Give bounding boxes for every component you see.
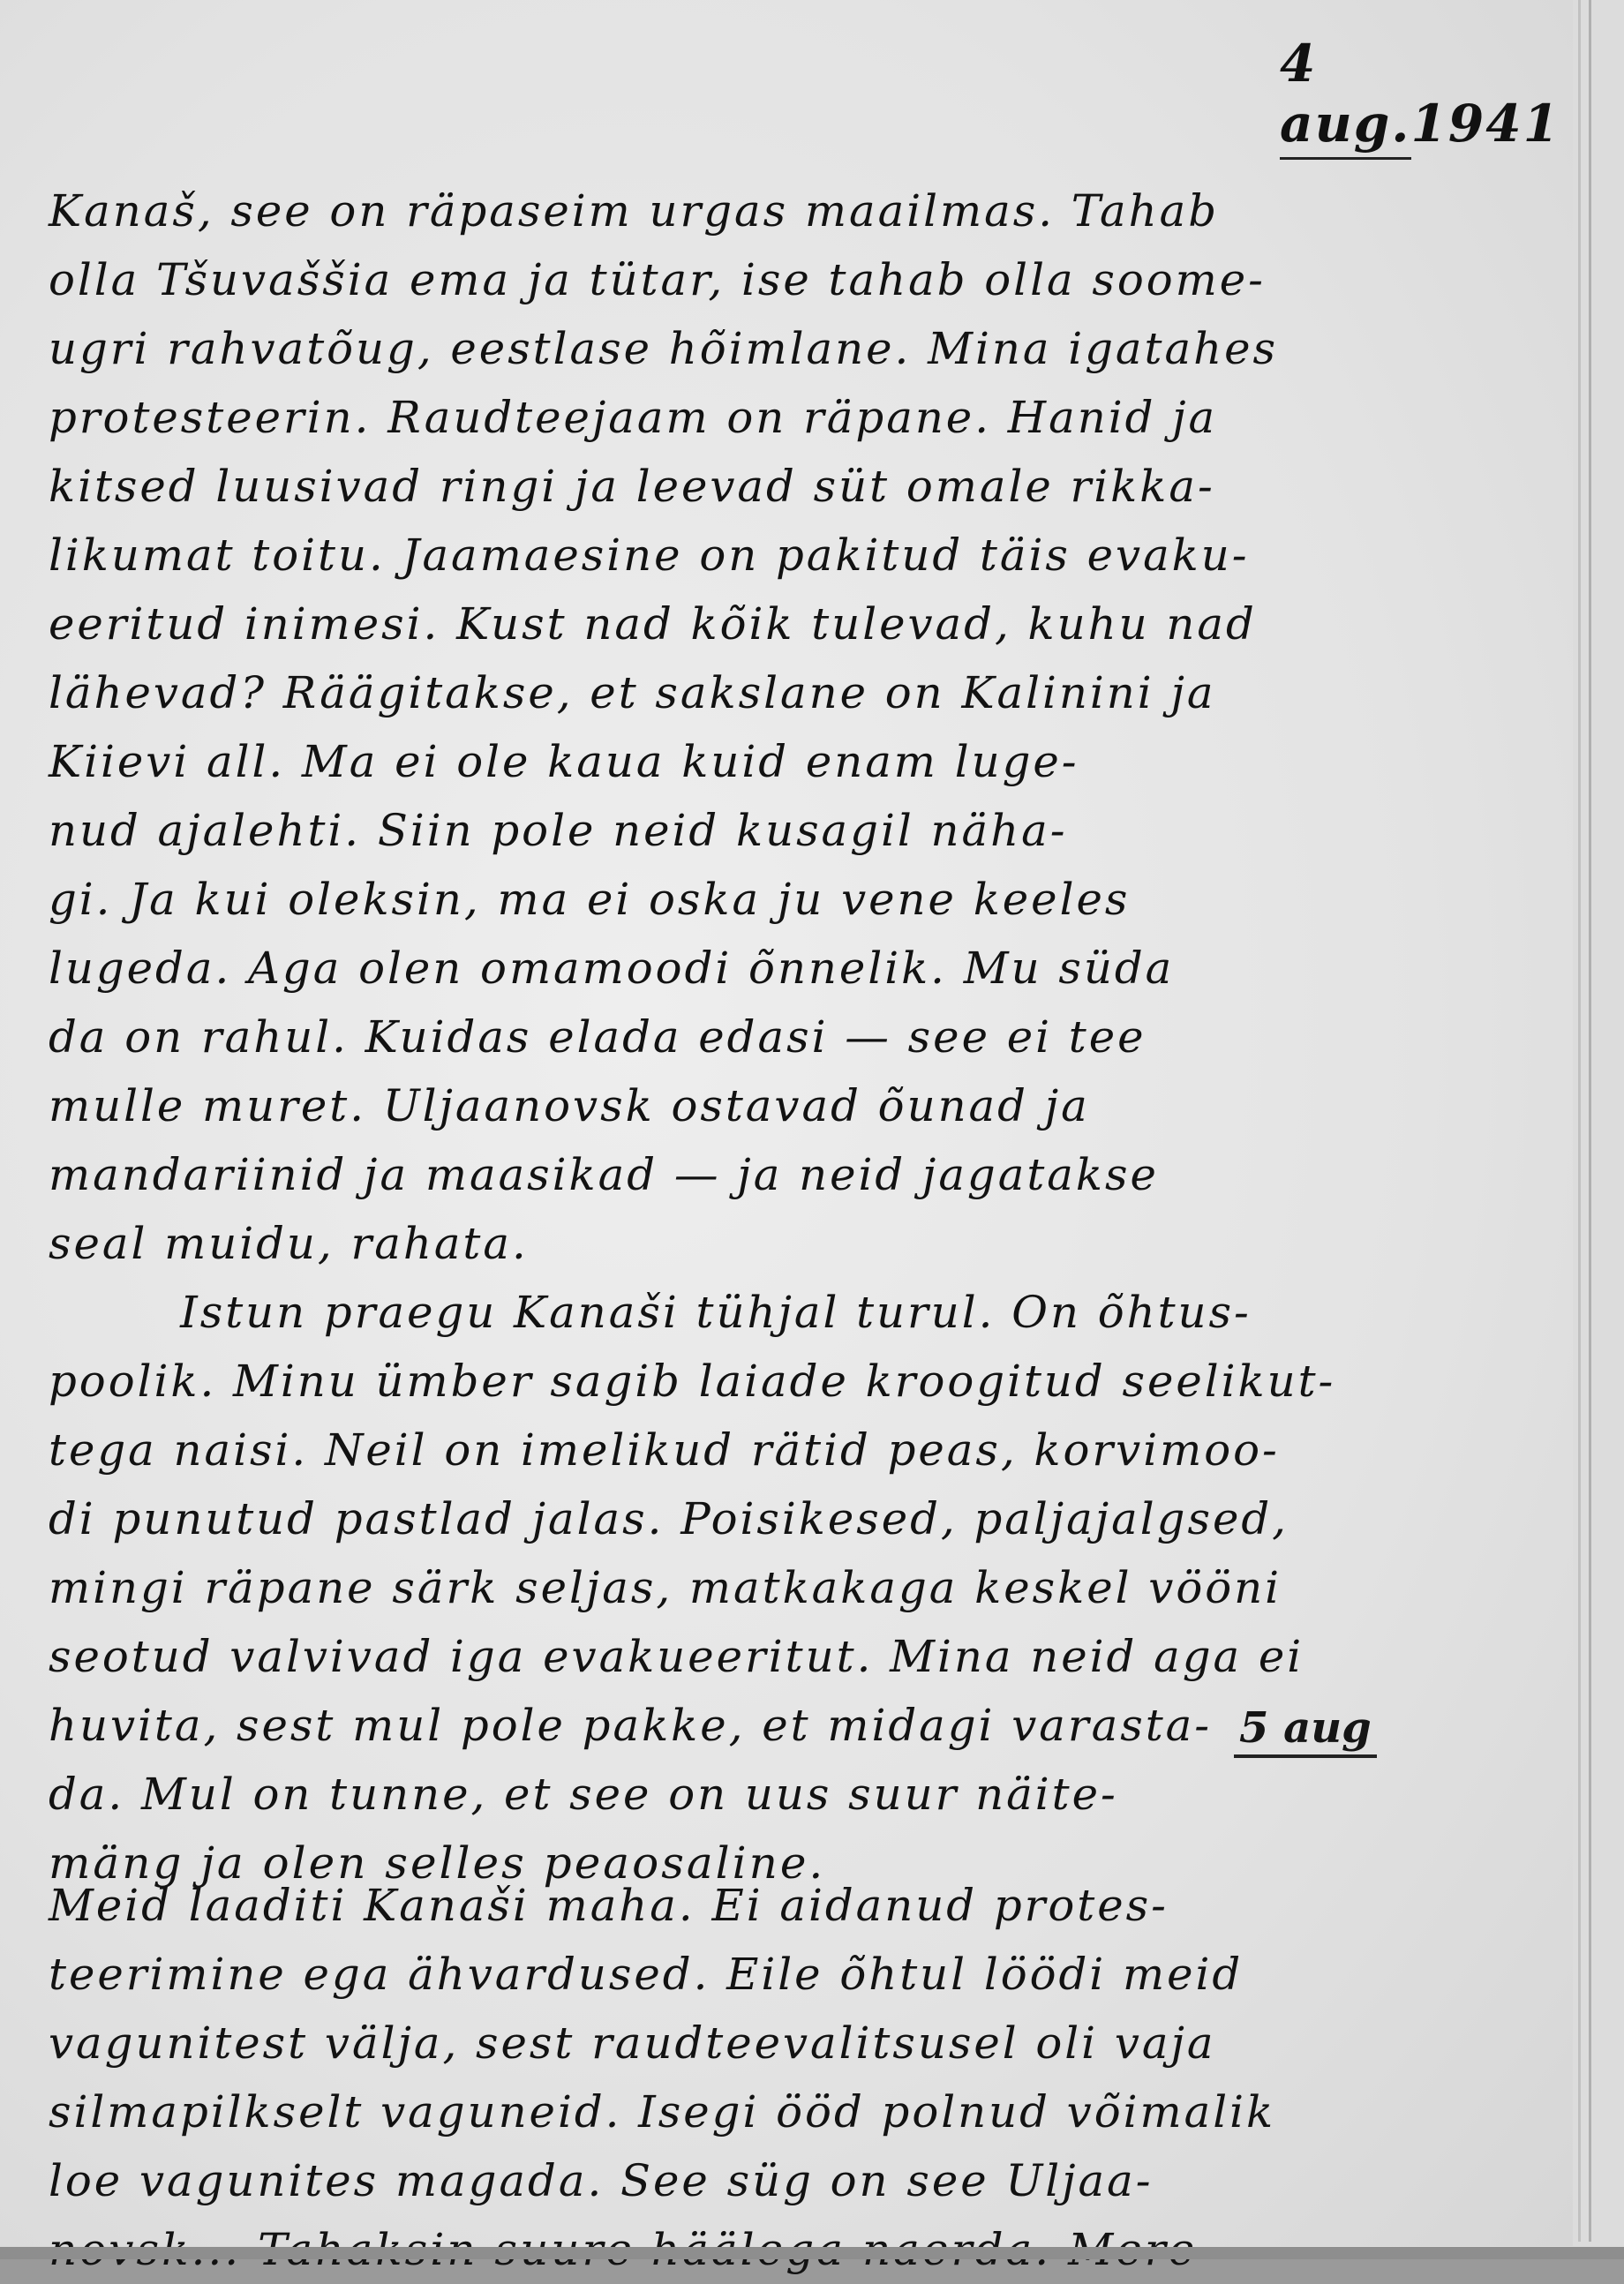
handwritten-line: di punutud pastlad jalas. Poisikesed, pa… <box>49 1484 1540 1553</box>
handwritten-line: Istun praegu Kanaši tühjal turul. On õht… <box>49 1278 1540 1347</box>
handwritten-line: Kiievi all. Ma ei ole kaua kuid enam lug… <box>49 727 1540 796</box>
header-month: aug. <box>1280 94 1411 160</box>
handwritten-line: da on rahul. Kuidas elada edasi — see ei… <box>49 1003 1540 1071</box>
diary-entry-4-aug: Kanaš, see on räpaseim urgas maailmas. T… <box>49 177 1549 1897</box>
handwritten-line: kitsed luusivad ringi ja leevad süt omal… <box>49 452 1540 521</box>
handwritten-line: silmapilkselt vaguneid. Isegi ööd polnud… <box>49 2077 1540 2146</box>
handwritten-line: lugeda. Aga olen omamoodi õnnelik. Mu sü… <box>49 934 1540 1003</box>
entry-date-5-aug: 5 aug <box>1234 1703 1377 1758</box>
diary-sheet: 4 aug.1941 Kanaš, see on räpaseim urgas … <box>0 0 1573 2246</box>
handwritten-line: Meid laaditi Kanaši maha. Ei aidanud pro… <box>49 1871 1540 1940</box>
handwritten-line: protesteerin. Raudteejaam on räpane. Han… <box>49 383 1540 452</box>
header-year: 1941 <box>1411 94 1560 154</box>
handwritten-line: loe vagunites magada. See süg on see Ulj… <box>49 2146 1540 2215</box>
handwritten-line: mingi räpane särk seljas, matkakaga kesk… <box>49 1553 1540 1622</box>
handwritten-line: ugri rahvatõug, eestlase hõimlane. Mina … <box>49 314 1540 383</box>
handwritten-line: mandariinid ja maasikad — ja neid jagata… <box>49 1140 1540 1209</box>
handwritten-line: Kanaš, see on räpaseim urgas maailmas. T… <box>49 177 1540 245</box>
handwritten-line: teerimine ega ähvardused. Eile õhtul löö… <box>49 1940 1540 2009</box>
handwritten-line: tega naisi. Neil on imelikud rätid peas,… <box>49 1416 1540 1484</box>
handwritten-line: likumat toitu. Jaamaesine on pakitud täi… <box>49 521 1540 590</box>
handwritten-line: olla Tšuvaššia ema ja tütar, ise tahab o… <box>49 245 1540 314</box>
page-edge <box>1589 0 1591 2242</box>
page-edge <box>1578 0 1581 2242</box>
handwritten-line: nud ajalehti. Siin pole neid kusagil näh… <box>49 796 1540 865</box>
page-bottom-edge <box>0 2247 1624 2259</box>
handwritten-line: vagunitest välja, sest raudteevalitsusel… <box>49 2009 1540 2077</box>
page-background: 4 aug.1941 Kanaš, see on räpaseim urgas … <box>0 0 1624 2259</box>
handwritten-line: seal muidu, rahata. <box>49 1209 1540 1278</box>
handwritten-line: da. Mul on tunne, et see on uus suur näi… <box>49 1760 1540 1829</box>
handwritten-line: seotud valvivad iga evakueeritut. Mina n… <box>49 1622 1540 1691</box>
diary-entry-5-aug: Meid laaditi Kanaši maha. Ei aidanud pro… <box>49 1871 1549 2259</box>
handwritten-line: eeritud inimesi. Kust nad kõik tulevad, … <box>49 590 1540 658</box>
handwritten-line: poolik. Minu ümber sagib laiade kroogitu… <box>49 1347 1540 1416</box>
header-day: 4 <box>1280 34 1317 94</box>
header-date: 4 aug.1941 <box>1280 34 1573 154</box>
handwritten-line: gi. Ja kui oleksin, ma ei oska ju vene k… <box>49 865 1540 934</box>
handwritten-line: lähevad? Räägitakse, et sakslane on Kali… <box>49 658 1540 727</box>
handwritten-line: mulle muret. Uljaanovsk ostavad õunad ja <box>49 1071 1540 1140</box>
